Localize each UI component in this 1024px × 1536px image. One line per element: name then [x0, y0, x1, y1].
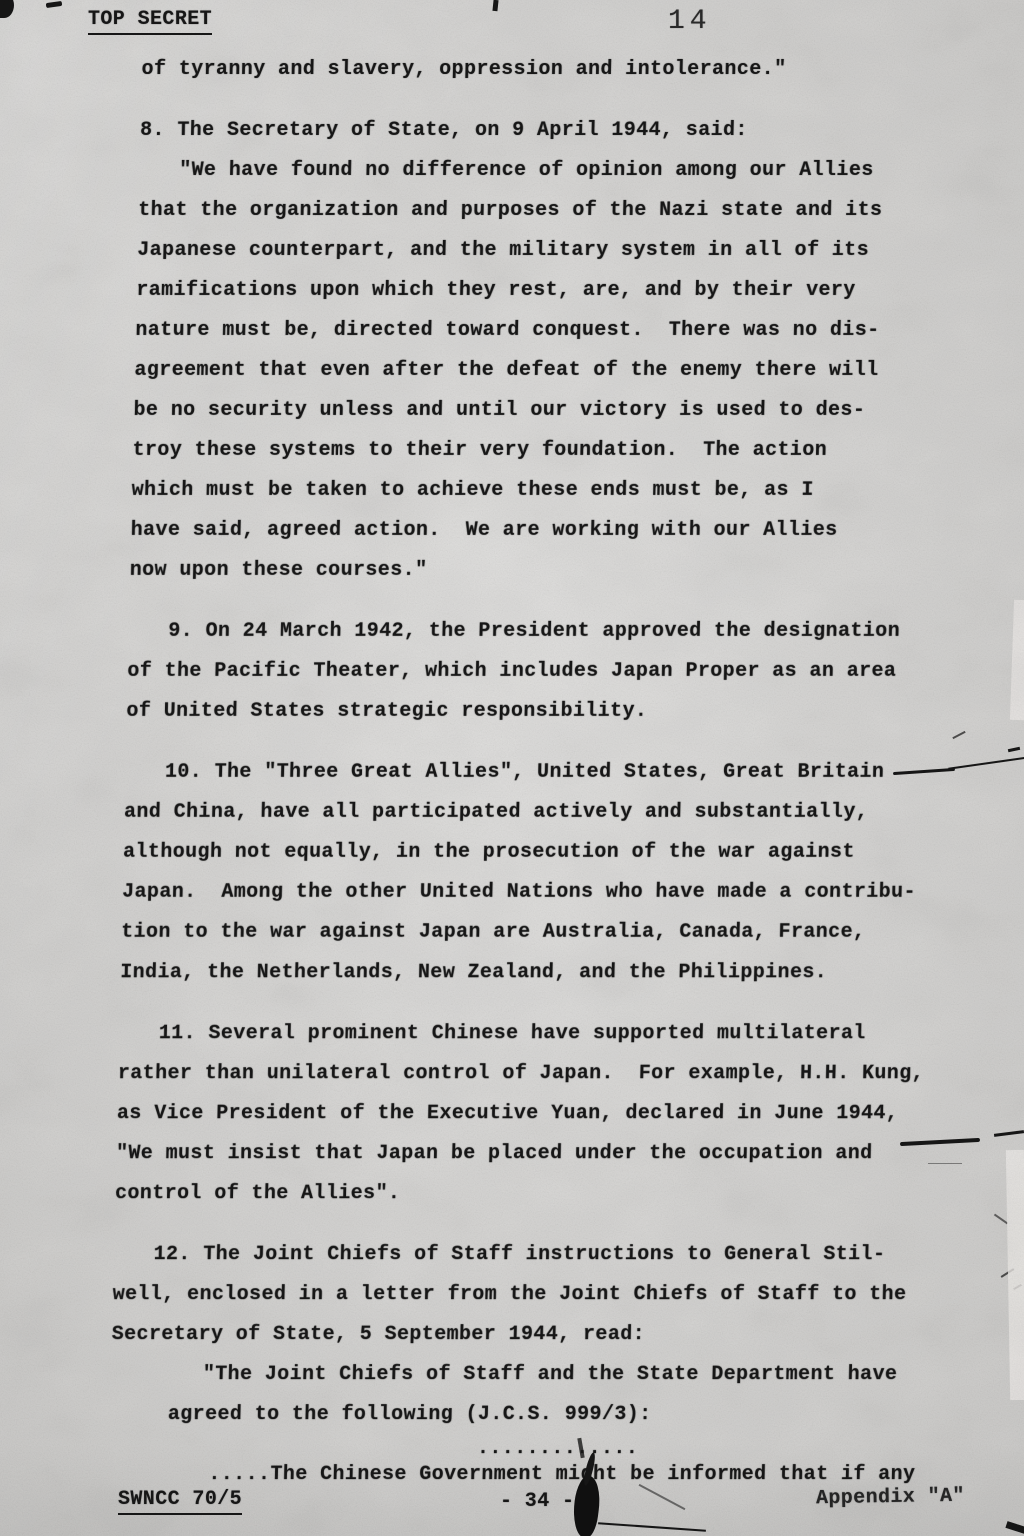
- text-line: 11. Several prominent Chinese have suppo…: [118, 1014, 949, 1054]
- text-line: rather than unilateral control of Japan.…: [117, 1054, 948, 1094]
- text-line: "We have found no difference of opinion …: [139, 151, 970, 191]
- footer-page-label: - 34 -: [500, 1490, 574, 1513]
- pen-dash-mark: [994, 1130, 1024, 1137]
- footer-row: SWNCC 70/5 - 34 - Appendix "A": [0, 1482, 1024, 1526]
- text-line: and China, have all participated activel…: [124, 793, 955, 833]
- classification-marking: TOP SECRET: [88, 8, 212, 35]
- text-line: now upon these courses.": [129, 551, 960, 591]
- scan-edge-scratch: [1001, 1268, 1015, 1278]
- footer-appendix-label: Appendix "A": [816, 1485, 965, 1511]
- torn-edge-highlight: [1010, 600, 1024, 720]
- text-line: Secretary of State, 5 September 1944, re…: [111, 1315, 942, 1355]
- scan-crease-line: [948, 756, 1024, 769]
- text-line: although not equally, in the prosecution…: [123, 833, 954, 873]
- text-line: troy these systems to their very foundat…: [132, 431, 963, 471]
- text-line: that the organization and purposes of th…: [138, 191, 969, 231]
- text-line: have said, agreed action. We are working…: [130, 511, 961, 551]
- text-line: 8. The Secretary of State, on 9 April 19…: [140, 111, 971, 151]
- text-line: India, the Netherlands, New Zealand, and…: [120, 953, 951, 993]
- text-line: of United States strategic responsibilit…: [126, 692, 957, 732]
- text-line: 9. On 24 March 1942, the President appro…: [128, 612, 959, 652]
- text-line: as Vice President of the Executive Yuan,…: [116, 1094, 947, 1134]
- scan-edge-tick: [492, 0, 498, 11]
- scanned-document-page: TOP SECRET 14 of tyranny and slavery, op…: [0, 0, 1024, 1536]
- text-line: agreement that even after the defeat of …: [134, 351, 965, 391]
- text-line: 10. The "Three Great Allies", United Sta…: [124, 753, 955, 793]
- text-line: "We must insist that Japan be placed und…: [116, 1134, 947, 1174]
- text-line: nature must be, directed toward conquest…: [135, 311, 966, 351]
- torn-edge-highlight: [1006, 1150, 1024, 1400]
- text-line: tion to the war against Japan are Austra…: [121, 913, 952, 953]
- text-line: be no security unless and until our vict…: [133, 391, 964, 431]
- text-line: control of the Allies".: [115, 1174, 946, 1214]
- text-line: Japan. Among the other United Nations wh…: [122, 873, 953, 913]
- text-line: "The Joint Chiefs of Staff and the State…: [110, 1355, 941, 1395]
- text-line: which must be taken to achieve these end…: [131, 471, 962, 511]
- page-number: 14: [668, 6, 712, 37]
- text-line: of the Pacific Theater, which includes J…: [127, 652, 958, 692]
- text-line: ramifications upon which they rest, are,…: [136, 271, 967, 311]
- text-line: well, enclosed in a letter from the Join…: [112, 1275, 943, 1315]
- text-line: 12. The Joint Chiefs of Staff instructio…: [113, 1235, 944, 1275]
- scan-edge-scratch: [1013, 1284, 1022, 1290]
- document-body: of tyranny and slavery, oppression and i…: [108, 50, 972, 1495]
- text-line: Japanese counterpart, and the military s…: [137, 231, 968, 271]
- text-line: of tyranny and slavery, oppression and i…: [141, 50, 972, 90]
- footer-document-id: SWNCC 70/5: [118, 1488, 242, 1515]
- scan-edge-scratch: [994, 1214, 1008, 1225]
- scan-crease-line: [1008, 747, 1020, 752]
- scan-corner-mark: [0, 0, 14, 18]
- scan-dash-mark: [46, 1, 63, 8]
